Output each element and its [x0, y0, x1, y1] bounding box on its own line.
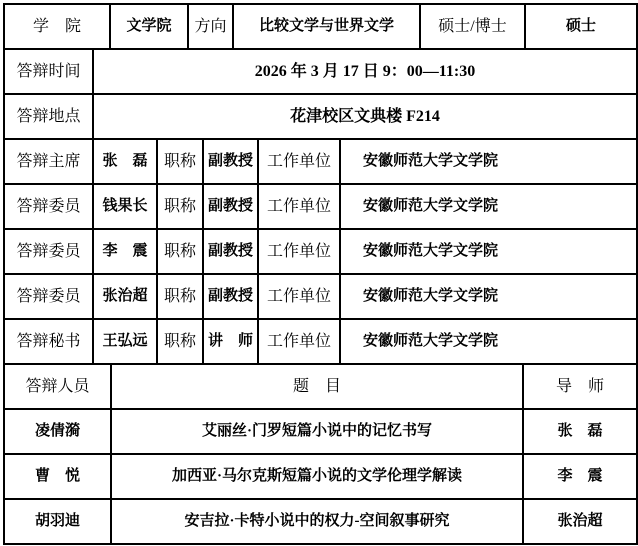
defense-schedule-table: 学 院 文学院 方向 比较文学与世界文学 硕士/博士 硕士 答辩时间 2026 …	[3, 3, 638, 545]
student-row: 凌倩漪 艾丽丝·门罗短篇小说中的记忆书写 张 磊	[5, 410, 636, 455]
direction-value: 比较文学与世界文学	[234, 5, 421, 48]
committee-role: 答辩秘书	[5, 320, 94, 363]
committee-unit: 安徽师范大学文学院	[341, 230, 636, 273]
committee-title: 副教授	[204, 275, 259, 318]
title-label: 职称	[158, 185, 204, 228]
committee-title: 副教授	[204, 230, 259, 273]
committee-row: 答辩委员 李 震 职称 副教授 工作单位 安徽师范大学文学院	[5, 230, 636, 275]
time-row: 答辩时间 2026 年 3 月 17 日 9：00—11:30	[5, 50, 636, 95]
person-label: 答辩人员	[5, 365, 112, 408]
student-topic: 加西亚·马尔克斯短篇小说的文学伦理学解读	[112, 455, 524, 498]
committee-unit: 安徽师范大学文学院	[341, 185, 636, 228]
student-topic: 艾丽丝·门罗短篇小说中的记忆书写	[112, 410, 524, 453]
location-value: 花津校区文典楼 F214	[94, 95, 636, 138]
committee-row: 答辩委员 钱果长 职称 副教授 工作单位 安徽师范大学文学院	[5, 185, 636, 230]
committee-row: 答辩委员 张治超 职称 副教授 工作单位 安徽师范大学文学院	[5, 275, 636, 320]
student-mentor: 张治超	[524, 500, 636, 543]
unit-label: 工作单位	[259, 275, 341, 318]
committee-name: 张 磊	[94, 140, 158, 183]
unit-label: 工作单位	[259, 140, 341, 183]
mentor-label: 导 师	[524, 365, 636, 408]
location-row: 答辩地点 花津校区文典楼 F214	[5, 95, 636, 140]
student-mentor: 张 磊	[524, 410, 636, 453]
committee-name: 张治超	[94, 275, 158, 318]
title-label: 职称	[158, 230, 204, 273]
committee-name: 钱果长	[94, 185, 158, 228]
title-label: 职称	[158, 275, 204, 318]
college-label: 学 院	[5, 5, 111, 48]
committee-title: 副教授	[204, 140, 259, 183]
committee-unit: 安徽师范大学文学院	[341, 320, 636, 363]
student-topic: 安吉拉·卡特小说中的权力-空间叙事研究	[112, 500, 524, 543]
committee-role: 答辩委员	[5, 275, 94, 318]
title-label: 职称	[158, 140, 204, 183]
time-value: 2026 年 3 月 17 日 9：00—11:30	[94, 50, 636, 93]
unit-label: 工作单位	[259, 320, 341, 363]
unit-label: 工作单位	[259, 185, 341, 228]
time-label: 答辩时间	[5, 50, 94, 93]
student-name: 凌倩漪	[5, 410, 112, 453]
committee-name: 王弘远	[94, 320, 158, 363]
title-label: 职称	[158, 320, 204, 363]
student-row: 曹 悦 加西亚·马尔克斯短篇小说的文学伦理学解读 李 震	[5, 455, 636, 500]
student-mentor: 李 震	[524, 455, 636, 498]
student-row: 胡羽迪 安吉拉·卡特小说中的权力-空间叙事研究 张治超	[5, 500, 636, 543]
committee-title: 讲 师	[204, 320, 259, 363]
committee-unit: 安徽师范大学文学院	[341, 275, 636, 318]
header-row: 学 院 文学院 方向 比较文学与世界文学 硕士/博士 硕士	[5, 5, 636, 50]
degree-value: 硕士	[526, 5, 636, 48]
committee-role: 答辩委员	[5, 230, 94, 273]
degree-type-label: 硕士/博士	[421, 5, 526, 48]
committee-row: 答辩秘书 王弘远 职称 讲 师 工作单位 安徽师范大学文学院	[5, 320, 636, 365]
committee-row: 答辩主席 张 磊 职称 副教授 工作单位 安徽师范大学文学院	[5, 140, 636, 185]
student-name: 胡羽迪	[5, 500, 112, 543]
committee-role: 答辩主席	[5, 140, 94, 183]
committee-title: 副教授	[204, 185, 259, 228]
college-value: 文学院	[111, 5, 189, 48]
direction-label: 方向	[189, 5, 234, 48]
student-name: 曹 悦	[5, 455, 112, 498]
committee-role: 答辩委员	[5, 185, 94, 228]
committee-name: 李 震	[94, 230, 158, 273]
topic-label: 题 目	[112, 365, 524, 408]
unit-label: 工作单位	[259, 230, 341, 273]
location-label: 答辩地点	[5, 95, 94, 138]
committee-unit: 安徽师范大学文学院	[341, 140, 636, 183]
students-header-row: 答辩人员 题 目 导 师	[5, 365, 636, 410]
